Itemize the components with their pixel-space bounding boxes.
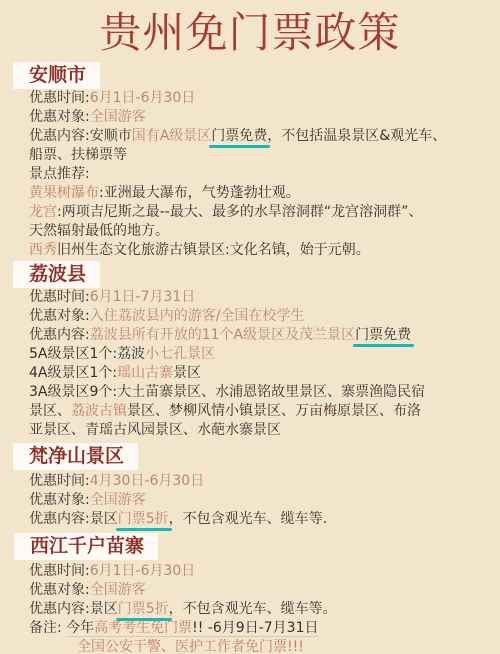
rec-item: 龙宫:两项吉尼斯之最--最大、最多的水旱溶洞群“龙宫溶洞群”、 bbox=[29, 203, 422, 222]
xj-time: 优惠时间:6月1日-6月30日 bbox=[29, 562, 195, 581]
anshun-target-value: 全国游客 bbox=[90, 109, 146, 125]
libo-level-3a-line3: 亚景区、青瑶古风园景区、水葩水寨景区 bbox=[29, 421, 281, 440]
anshun-time-value: 6月1日-6月30日 bbox=[90, 90, 196, 106]
half-price-underlined: 门票5折 bbox=[118, 511, 169, 527]
anshun-content-line2: 船票、扶梯票等 bbox=[29, 146, 127, 165]
xj-note: 备注: 今年高考考生免门票!! -6月9日-7月31日 bbox=[29, 619, 319, 638]
libo-target: 优惠对象:入住荔波县内的游客/全国在校学生 bbox=[29, 307, 304, 326]
rec-item: 黄果树瀑布:亚洲最大瀑布，气势蓬勃壮观。 bbox=[29, 184, 300, 203]
free-ticket-underlined: 门票免费 bbox=[211, 128, 267, 144]
fjs-target: 优惠对象:全国游客 bbox=[29, 491, 146, 510]
rec-item: 西秀旧州生态文化旅游古镇景区:文化名镇，始于元朝。 bbox=[29, 241, 370, 260]
fjs-time: 优惠时间:4月30日-6月30日 bbox=[29, 472, 204, 491]
anshun-target: 优惠对象:全国游客 bbox=[29, 108, 146, 127]
anshun-rec-label: 景点推荐: bbox=[29, 165, 90, 184]
page-title: 贵州免门票政策 bbox=[0, 8, 500, 58]
anshun-content: 优惠内容:安顺市国有A级景区门票免费，不包括温泉景区&观光车、 bbox=[29, 127, 446, 146]
libo-time: 优惠时间:6月1日-7月31日 bbox=[29, 288, 195, 307]
rec-item-line2: 天然辐射最低的地方。 bbox=[29, 222, 169, 241]
fjs-content: 优惠内容:景区门票5折，不包含观光车、缆车等. bbox=[29, 510, 327, 529]
section-heading-fanjingshan: 梵净山景区 bbox=[13, 443, 138, 470]
xj-note-line2: 全国公安干警、医护工作者免门票!!! bbox=[77, 638, 304, 654]
libo-content: 优惠内容:荔波县所有开放的11个A级景区及茂兰景区门票免费 bbox=[29, 326, 411, 345]
xj-content: 优惠内容:景区门票5折，不包含观光车、缆车等。 bbox=[29, 600, 337, 619]
libo-level-5a: 5A级景区1个:荔波小七孔景区 bbox=[29, 345, 215, 364]
free-ticket-underlined: 门票免费 bbox=[355, 327, 411, 343]
section-heading-libo: 荔波县 bbox=[13, 261, 100, 288]
section-heading-anshun: 安顺市 bbox=[13, 62, 100, 89]
half-price-underlined: 门票5折 bbox=[118, 601, 169, 617]
xj-target: 优惠对象:全国游客 bbox=[29, 581, 146, 600]
libo-level-3a: 3A级景区9个:大土苗寨景区、水浦恩铭故里景区、寨票渔隐民宿 bbox=[29, 383, 425, 402]
libo-level-3a-line2: 景区、荔波古镇景区、梦柳风情小镇景区、万亩梅原景区、布洛 bbox=[29, 402, 421, 421]
section-heading-xijiang: 西江千户苗寨 bbox=[14, 533, 158, 560]
anshun-time: 优惠时间:6月1日-6月30日 bbox=[29, 89, 195, 108]
libo-level-4a: 4A级景区1个:瑶山古寨景区 bbox=[29, 364, 201, 383]
